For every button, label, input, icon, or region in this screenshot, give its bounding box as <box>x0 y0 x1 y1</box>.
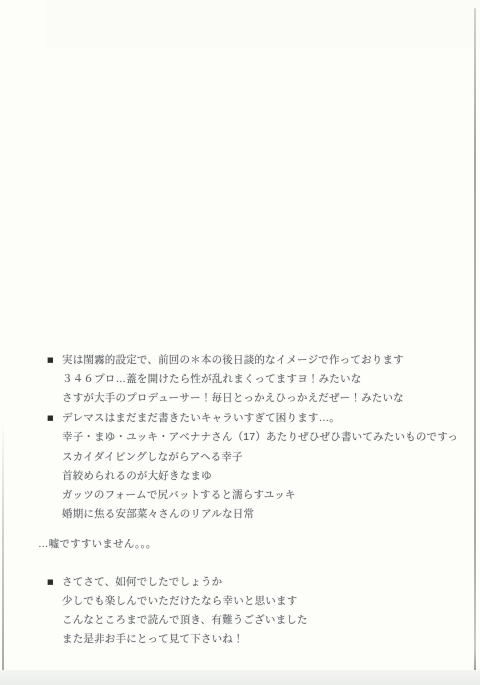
text-line: 少しでも楽しんでいただけたなら幸いと思います <box>62 592 308 611</box>
page-edge-left <box>2 418 4 685</box>
text-line: 首絞められるのが大好きなまゆ <box>62 467 296 486</box>
text-line: スカイダイビングしながらアヘる幸子 <box>62 448 296 467</box>
square-bullet: ■ <box>47 415 61 422</box>
scanned-page: ■ ■ ■ 実は閨霧的設定で、前回の＊本の後日談的なイメージで作っております ３… <box>0 0 480 685</box>
text-line: さすが大手のプロデューサー！毎日とっかえひっかえだぜー！みたいな <box>62 389 404 408</box>
afterword-closing-block: さてさて、如何でしたでしょうか 少しでも楽しんでいただけたなら幸いと思います こ… <box>62 573 308 649</box>
text-line: 婚期に焦る安部菜々さんのリアルな日常 <box>62 505 296 524</box>
text-line: 幸子・まゆ・ユッキ・アベナナさん（17）あたりぜひぜひ書いてみたいものですっ <box>62 428 458 447</box>
text-line: さてさて、如何でしたでしょうか <box>62 573 308 592</box>
text-line: ガッツのフォームで尻バットすると濡らすユッキ <box>62 486 296 505</box>
text-line: 実は閨霧的設定で、前回の＊本の後日談的なイメージで作っております <box>62 351 404 370</box>
square-bullet: ■ <box>47 357 61 364</box>
square-bullet: ■ <box>47 579 61 586</box>
text-line: …嘘ですすいません。。。 <box>38 535 157 554</box>
text-line: こんなところまで読んで頂き、有難うございました <box>62 611 308 630</box>
afterword-retraction-line: …嘘ですすいません。。。 <box>38 535 157 554</box>
text-line: ３４６プロ…蓋を開けたら性が乱れまくってますヨ！みたいな <box>62 370 404 389</box>
afterword-note-block-2: デレマスはまだまだ書きたいキャラいすぎて困ります…。 幸子・まゆ・ユッキ・アベナ… <box>62 409 458 447</box>
afterword-note-block-1: 実は閨霧的設定で、前回の＊本の後日談的なイメージで作っております ３４６プロ…蓋… <box>62 351 404 408</box>
afterword-wishlist-block: スカイダイビングしながらアヘる幸子 首絞められるのが大好きなまゆ ガッツのフォー… <box>62 448 296 524</box>
scan-tint-area <box>46 0 480 48</box>
text-line: デレマスはまだまだ書きたいキャラいすぎて困ります…。 <box>62 409 458 428</box>
page-edge-right <box>474 8 476 676</box>
page-edge-bottom <box>0 670 480 685</box>
text-line: また是非お手にとって見て下さいね！ <box>62 630 308 649</box>
